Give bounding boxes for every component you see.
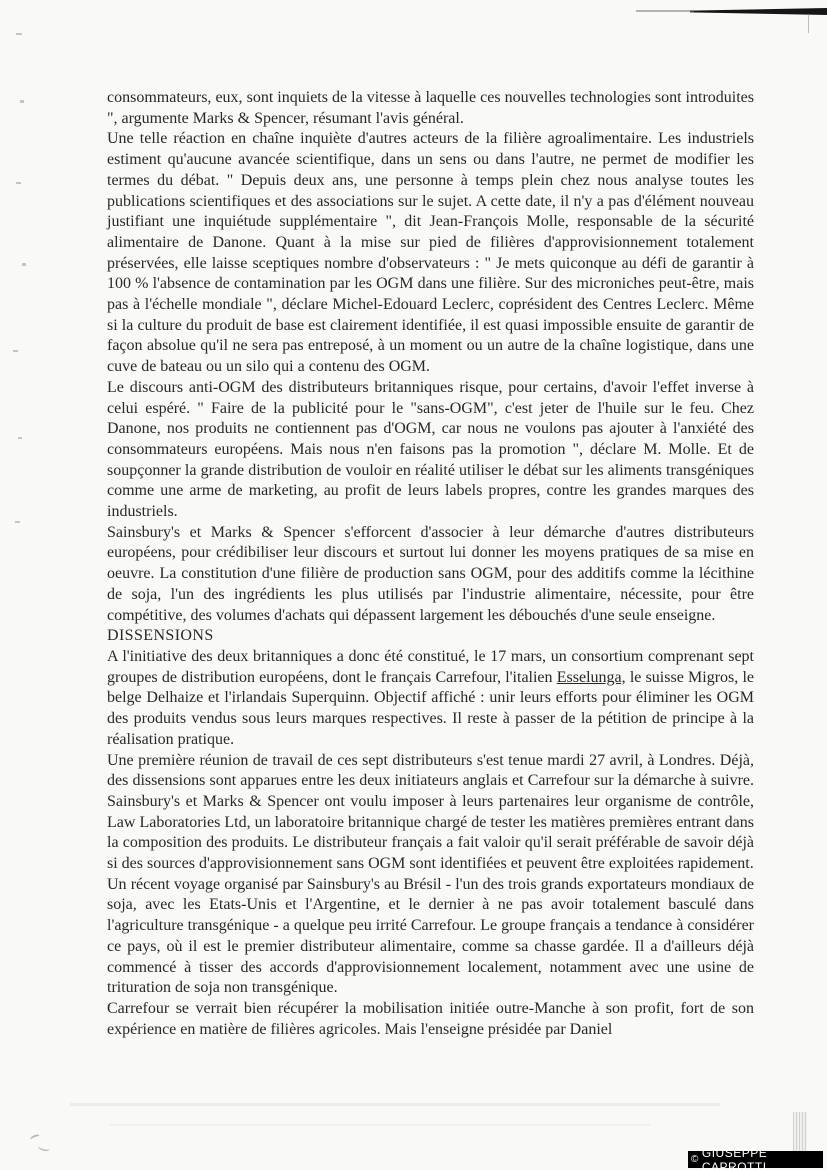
paragraph: Une telle réaction en chaîne inquiète d'… [107, 129, 754, 377]
paragraph: Un récent voyage organisé par Sainsbury'… [107, 875, 754, 999]
section-heading: DISSENSIONS [107, 626, 754, 647]
scan-band [110, 1124, 650, 1126]
scan-artifact-top-streak [690, 8, 827, 15]
scan-band [70, 1103, 720, 1106]
scan-speck [15, 521, 20, 523]
underlined-phrase: Esselunga, [557, 669, 626, 686]
scan-speck [13, 350, 18, 352]
scan-speck [16, 33, 22, 35]
scan-artifact-hairline [808, 14, 809, 33]
scan-speck [20, 100, 24, 103]
scan-speck [22, 263, 26, 266]
paragraph: A l'initiative des deux britanniques a d… [107, 647, 754, 751]
watermark-credit: © GIUSEPPE CAPROTTI [688, 1151, 823, 1168]
scan-speck [18, 437, 22, 439]
scan-speck [16, 182, 21, 184]
watermark-text: GIUSEPPE CAPROTTI [702, 1146, 820, 1170]
scan-squiggle [37, 1143, 50, 1152]
paragraph: consommateurs, eux, sont inquiets de la … [107, 88, 754, 129]
scan-artifact-top-streak-tail [636, 10, 694, 12]
paragraph: Une première réunion de travail de ces s… [107, 751, 754, 875]
paragraph: Le discours anti-OGM des distributeurs b… [107, 378, 754, 523]
copyright-icon: © [691, 1154, 699, 1165]
paragraph: Carrefour se verrait bien récupérer la m… [107, 999, 754, 1040]
scanned-document-page: consommateurs, eux, sont inquiets de la … [0, 0, 827, 1170]
paragraph: Sainsbury's et Marks & Spencer s'efforce… [107, 523, 754, 627]
article-text: consommateurs, eux, sont inquiets de la … [107, 88, 754, 1040]
scan-squiggle [29, 1134, 40, 1143]
